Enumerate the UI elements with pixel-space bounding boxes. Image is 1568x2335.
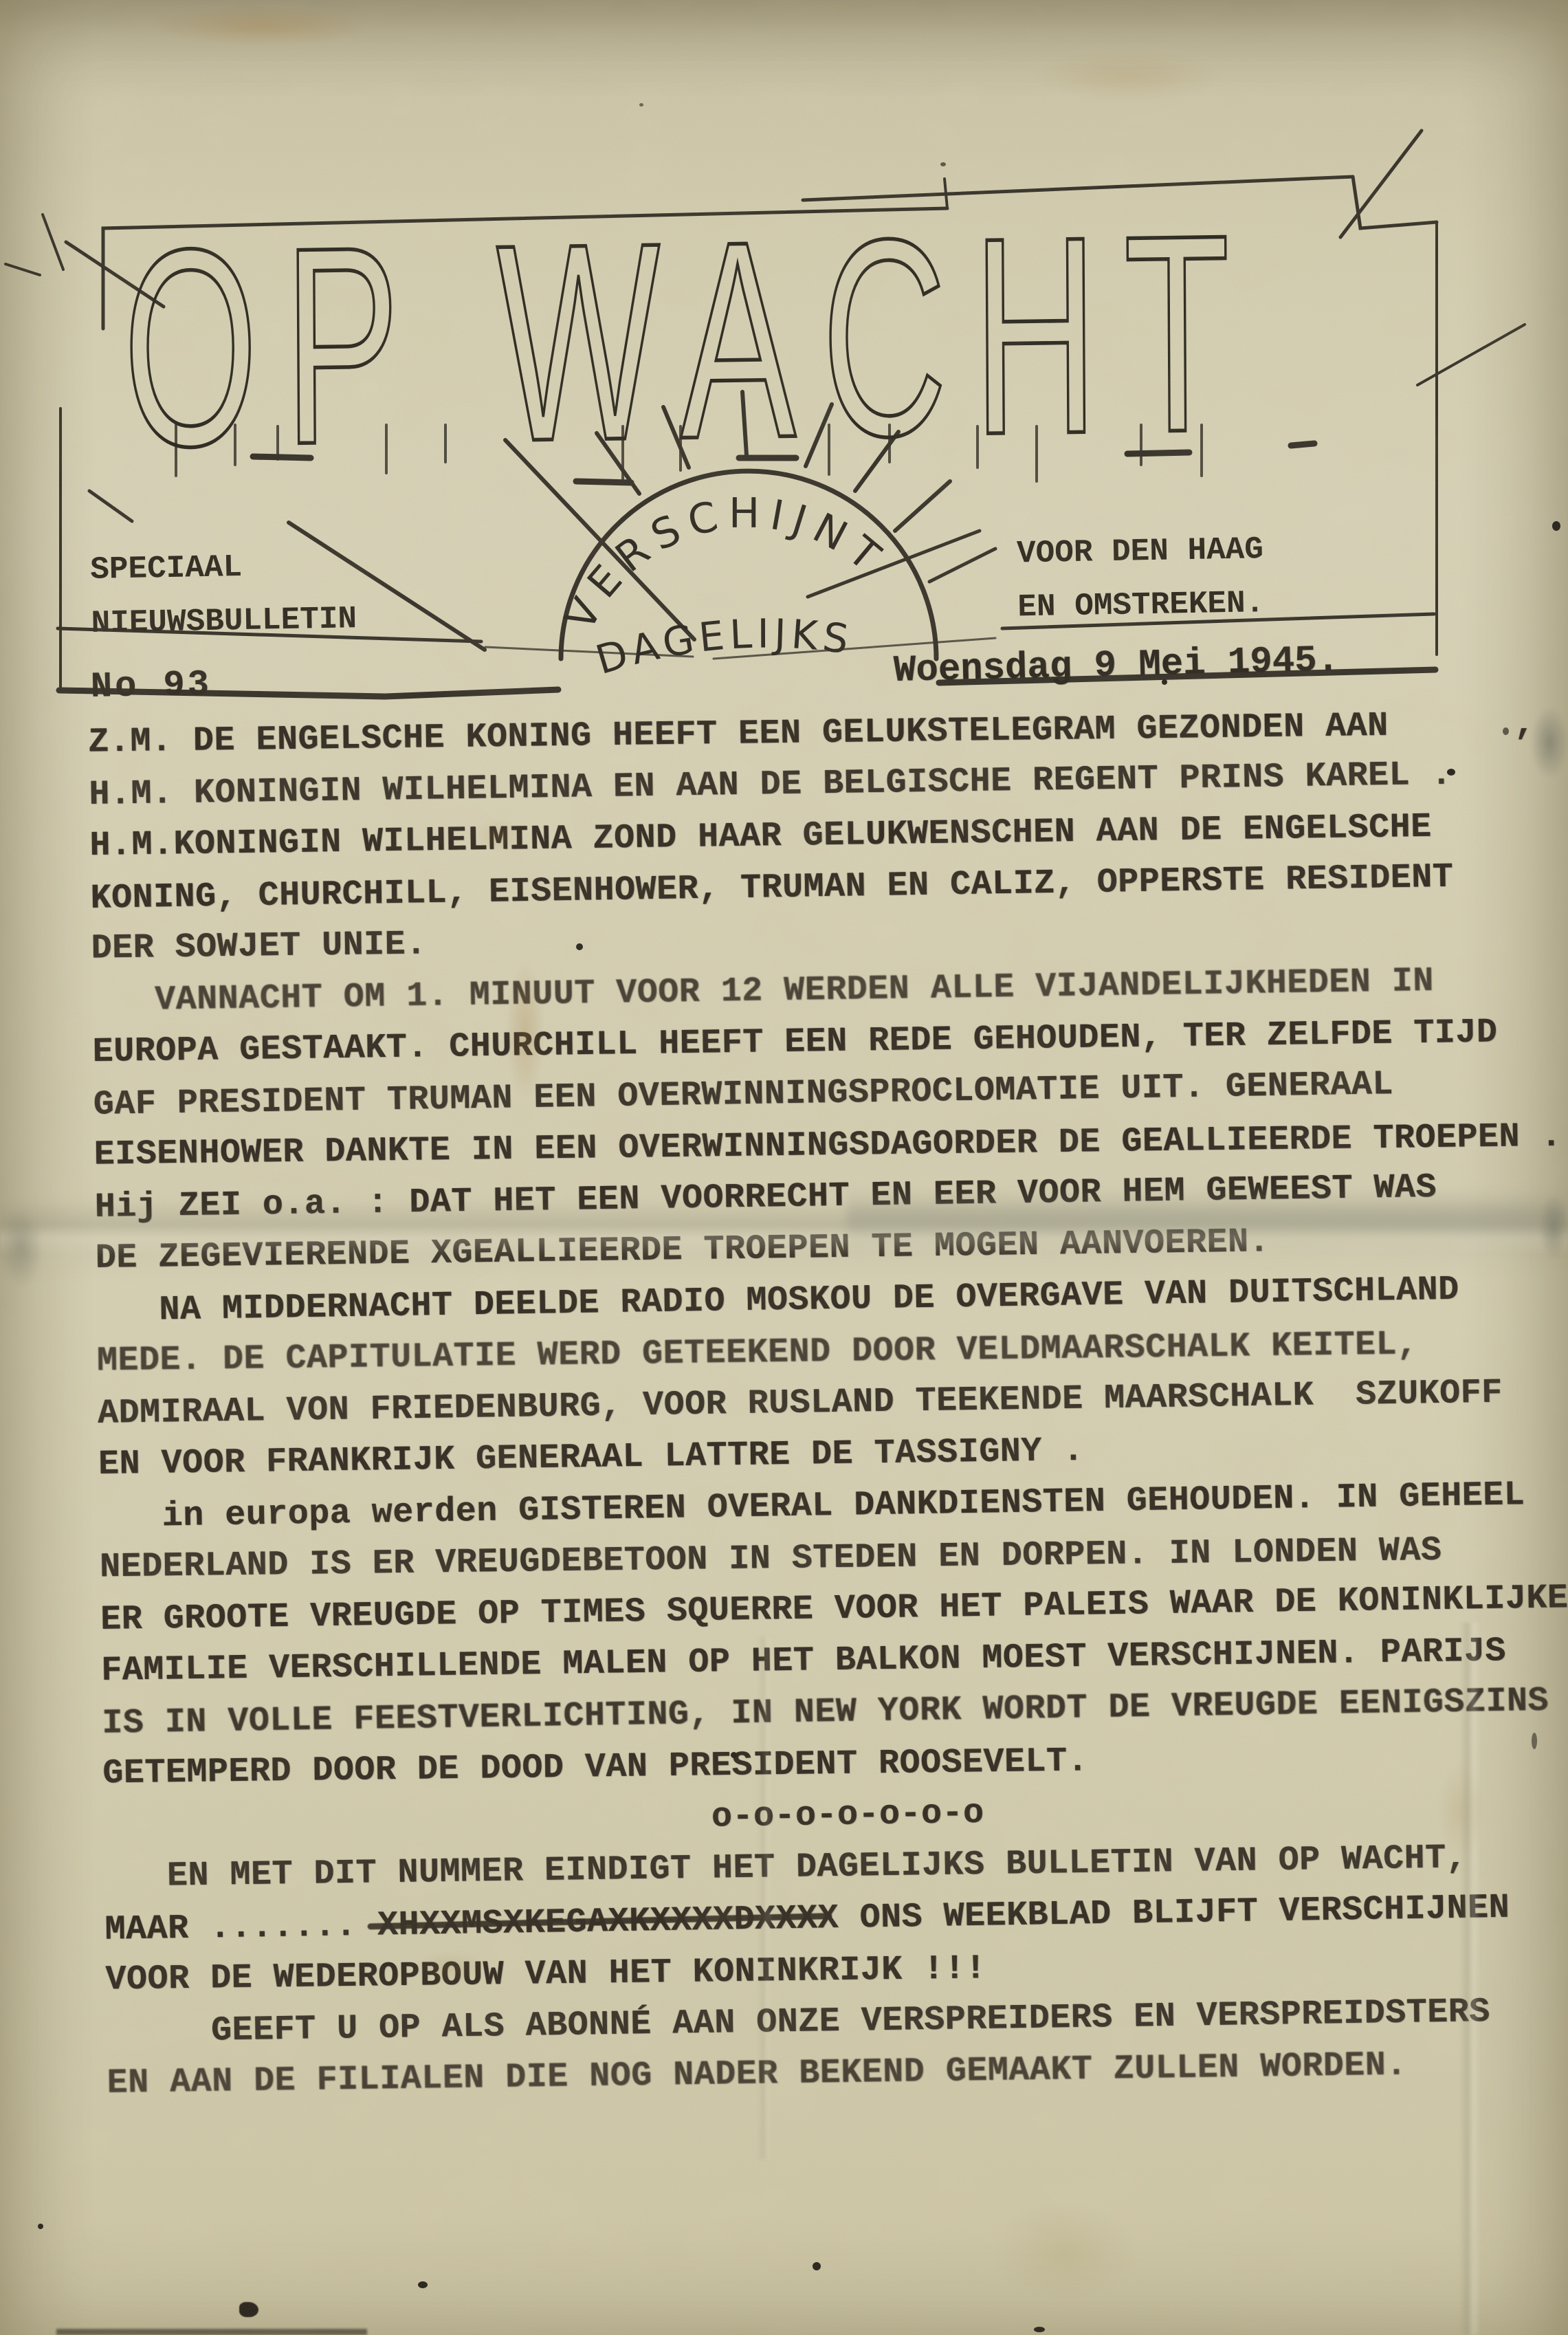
- body-text: Z.M. DE ENGELSCHE KONING HEEFT EEN GELUK…: [88, 697, 1565, 2109]
- corner-tick-left: [5, 264, 40, 275]
- bottom-edge-shadow: [56, 2329, 367, 2335]
- horizontal-fold-shadow: [847, 1188, 1568, 1254]
- vertical-crease-right: [1460, 1623, 1481, 2335]
- right-tagline-line1: VOOR DEN HAAG: [1017, 531, 1264, 571]
- corner-dash-left: [43, 215, 63, 270]
- document-page: OP WACHT VERSCHIJNT DAGELIJKS SPECIAAL N…: [0, 0, 1568, 2335]
- masthead: OP WACHT VERSCHIJNT DAGELIJKS SPECIAAL N…: [0, 0, 1568, 749]
- ink-speck: [1034, 2327, 1045, 2332]
- ink-speck: [418, 2281, 428, 2288]
- ink-speck: [38, 2224, 43, 2229]
- right-tagline-line2: EN OMSTREKEN.: [1017, 585, 1265, 625]
- sun-base-label: DAGELIJKS: [590, 610, 856, 683]
- issue-number: No 93: [90, 664, 212, 708]
- ink-speck: [813, 2262, 821, 2270]
- masthead-title: OP WACHT: [122, 175, 1257, 505]
- left-tagline-line1: SPECIAAL: [90, 549, 243, 588]
- left-tagline-line2: NIEUWSBULLETIN: [91, 601, 357, 642]
- vertical-crease-center: [758, 1636, 773, 2159]
- diagonal-right-upper: [1417, 325, 1525, 385]
- sun-ray: [929, 549, 995, 582]
- ink-blot: [239, 2302, 258, 2317]
- stain: [990, 2200, 1141, 2303]
